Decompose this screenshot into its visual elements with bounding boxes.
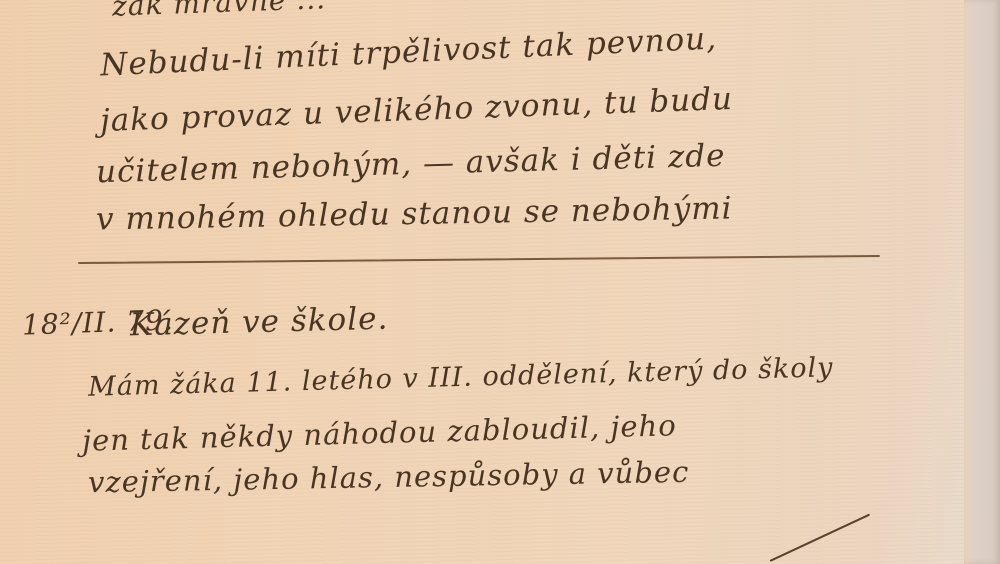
section-divider (78, 255, 880, 264)
pen-stroke (770, 514, 871, 562)
entry2-line-1: jen tak někdy náhodou zabloudil, jeho (82, 408, 677, 458)
entry2-title: Kázeň ve škole. (130, 301, 389, 344)
entry1-line-3: učitelem nebohým, — avšak i děti zde (96, 138, 726, 190)
entry2-line-2: vzejření, jeho hlas, nespůsoby a vůbec (88, 455, 690, 499)
entry1-line-2: jako provaz u velikého zvonu, tu budu (100, 81, 734, 139)
entry1-line-1: Nebudu-li míti trpělivost tak pevnou, (100, 21, 718, 84)
page-edge (964, 0, 1000, 564)
entry2-line-0: Mám žáka 11. letého v III. oddělení, kte… (88, 352, 834, 403)
entry1-line-0: žák mravně ... (111, 0, 326, 23)
entry1-line-4: v mnohém ohledu stanou se nebohými (96, 190, 733, 237)
